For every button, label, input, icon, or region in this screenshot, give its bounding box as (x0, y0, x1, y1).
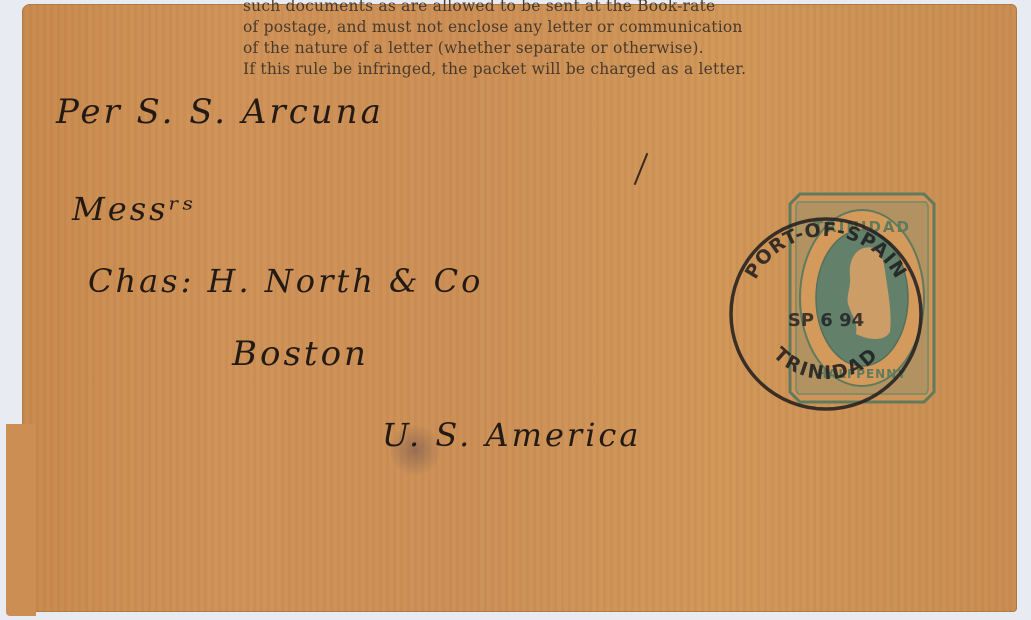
address-country: U. S. America (382, 416, 641, 454)
notice-line: such documents as are allowed to be sent… (243, 0, 843, 17)
address-salutation: Messʳˢ (72, 190, 196, 228)
notice-line: of the nature of a letter (whether separ… (243, 38, 843, 59)
postmark-cancellation-icon: PORT-OF-SPAIN TRINIDAD SP 6 94 (726, 214, 926, 414)
torn-flap (6, 424, 36, 616)
svg-text:SP 6 94: SP 6 94 (788, 310, 864, 331)
notice-line: of postage, and must not enclose any let… (243, 17, 843, 38)
notice-line: If this rule be infringed, the packet wi… (243, 59, 843, 80)
routing-instruction: Per S. S. Arcuna (56, 92, 384, 132)
addressee-name: Chas: H. North & Co (88, 262, 483, 300)
svg-text:TRINIDAD: TRINIDAD (769, 343, 883, 385)
address-city: Boston (232, 334, 369, 374)
svg-text:PORT-OF-SPAIN: PORT-OF-SPAIN (741, 219, 911, 283)
printed-regulations-notice: such documents as are allowed to be sent… (243, 0, 843, 80)
